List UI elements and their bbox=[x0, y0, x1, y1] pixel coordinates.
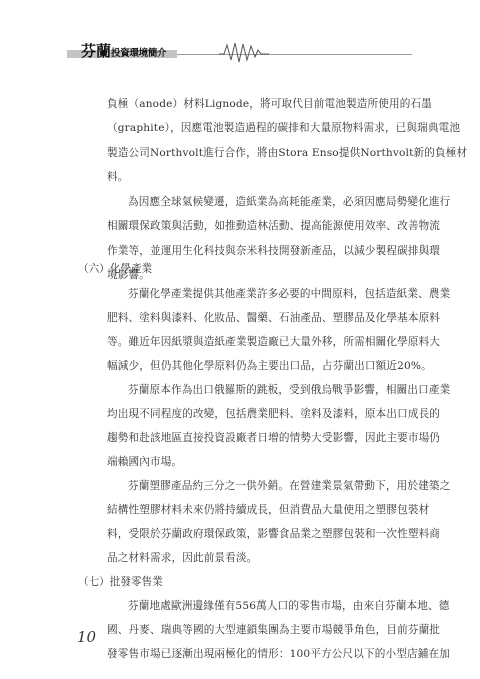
body-line: 品之材料需求，因此前景看淡。 bbox=[107, 551, 412, 565]
body-line: 境影響。 bbox=[107, 268, 412, 282]
body-line: 肥料、塗料與漆料、化妝品、醫藥、石油產品、塑膠品及化學基本原料 bbox=[107, 311, 412, 325]
body-line: 發零售市場已逐漸出現兩極化的情形：100平方公尺以下的小型店鋪在加 bbox=[107, 647, 412, 661]
body-line: 料，受限於芬蘭政府環保政策，影響食品業之塑膠包裝和一次性塑料商 bbox=[107, 527, 412, 541]
header-title-sub: 投資環境簡介 bbox=[111, 48, 166, 59]
body-line: 相關環保政策與活動，如推動造林活動、提高能源使用效率、改善物流 bbox=[107, 219, 412, 233]
body-line: 芬蘭塑膠產品約三分之一供外銷。在營建業景氣帶動下，用於建築之 bbox=[128, 479, 412, 493]
header-title: 芬蘭投資環境簡介 bbox=[81, 43, 166, 62]
header-rule bbox=[177, 54, 412, 55]
header-title-main: 芬蘭 bbox=[81, 42, 111, 60]
body-line: 負極（anode）材料Lignode，將可取代目前電池製造所使用的石墨 bbox=[107, 97, 412, 111]
body-line: 芬蘭地處歐洲邊緣僅有556萬人口的零售市場，由來自芬蘭本地、德 bbox=[128, 599, 412, 613]
body-line: 均出現不同程度的改變，包括農業肥料、塗料及漆料，原本出口成長的 bbox=[107, 407, 412, 421]
body-line: 為因應全球氣候變遷，造紙業為高耗能產業，必須因應局勢變化進行 bbox=[128, 195, 412, 209]
body-line: 結構性塑膠材料未來仍將持續成長，但消費品大量使用之塑膠包裝材 bbox=[107, 503, 412, 517]
body-line: 國、丹麥、瑞典等國的大型連鎖集團為主要市場競爭角色，目前芬蘭批 bbox=[107, 623, 412, 637]
body-line: 作業等，並運用生化科技與奈米科技開發新產品，以減少製程碳排與環 bbox=[107, 244, 412, 258]
body-line: 端賴國內市場。 bbox=[107, 455, 412, 469]
body-line: 幅減少，但仍其他化學原料仍為主要出口品，占芬蘭出口額近20%。 bbox=[107, 359, 412, 373]
zigzag-ornament-icon bbox=[219, 40, 269, 66]
body-line: 芬蘭原本作為出口俄羅斯的跳板，受到俄烏戰爭影響，相關出口產業 bbox=[128, 383, 412, 397]
section-heading-wholesale-retail: （七）批發零售業 bbox=[78, 575, 163, 589]
body-line: 等。雖近年因紙漿與造紙產業製造廠已大量外移，所需相關化學原料大 bbox=[107, 335, 412, 349]
body-line: 芬蘭化學產業提供其他產業許多必要的中間原料，包括造紙業、農業 bbox=[128, 287, 412, 301]
body-line: 料。 bbox=[107, 170, 412, 184]
body-line: 趨勢和赴該地區直接投資設廠者日增的情勢大受影響，因此主要市場仍 bbox=[107, 431, 412, 445]
page-number: 10 bbox=[77, 628, 96, 646]
body-line: 製造公司Northvolt進行合作，將由Stora Enso提供Northvol… bbox=[107, 146, 412, 160]
running-header: 芬蘭投資環境簡介 bbox=[67, 40, 412, 64]
section-heading-chemical: （六）化學產業 bbox=[78, 262, 152, 276]
body-line: （graphite），因應電池製造過程的碳排和大量原物料需求，已與瑞典電池 bbox=[107, 121, 412, 135]
